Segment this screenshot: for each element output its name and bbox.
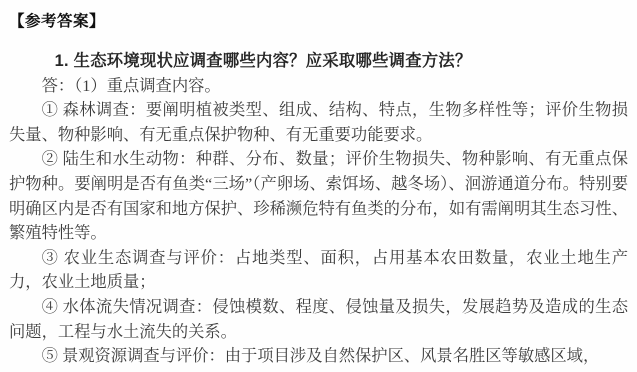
- paragraph-forest-survey: ① 森林调查：要阐明植被类型、组成、结构、特点，生物多样性等；评价生物损失量、物…: [9, 98, 628, 147]
- paragraph-soil-water-erosion: ④ 水体流失情况调查：侵蚀模数、程度、侵蚀量及损失，发展趋势及造成的生态问题，工…: [9, 295, 628, 344]
- paragraph-landscape-resources: ⑤ 景观资源调查与评价：由于项目涉及自然保护区、风景名胜区等敏感区域，: [9, 344, 628, 369]
- paragraph-terrestrial-aquatic-animals: ② 陆生和水生动物：种群、分布、数量；评价生物损失、物种影响、有无重点保护物种。…: [9, 147, 628, 245]
- question-heading: 1. 生态环境现状应调查哪些内容？应采取哪些调查方法？: [9, 49, 628, 74]
- paragraph-agriculture-ecology: ③ 农业生态调查与评价：占地类型、面积，占用基本农田数量，农业土地生产力，农业土…: [9, 246, 628, 295]
- document-page: 【参考答案】 1. 生态环境现状应调查哪些内容？应采取哪些调查方法？ 答：（1）…: [0, 0, 637, 372]
- section-title: 【参考答案】: [9, 12, 628, 32]
- answer-intro: 答：（1）重点调查内容。: [9, 74, 628, 99]
- answer-content: 1. 生态环境现状应调查哪些内容？应采取哪些调查方法？ 答：（1）重点调查内容。…: [9, 49, 628, 369]
